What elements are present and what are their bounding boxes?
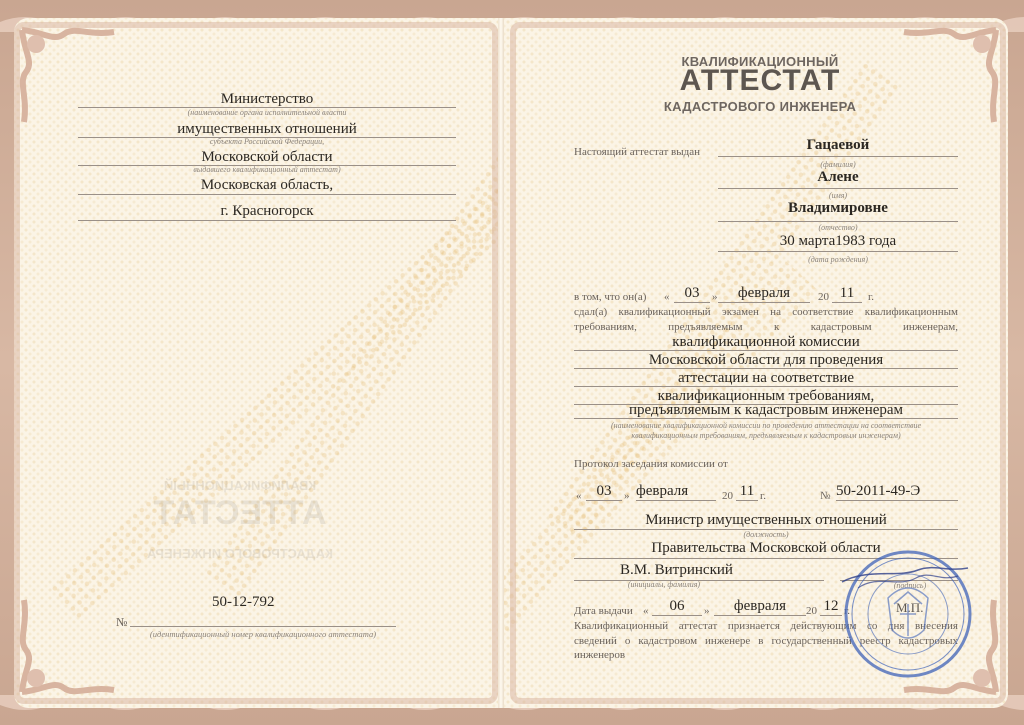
- exam-year-unit: г.: [868, 291, 874, 303]
- commission-caption-2: квалификационным требованиям, предъявляе…: [574, 431, 958, 440]
- name-value: Алене: [817, 169, 858, 185]
- title-line-3: КАДАСТРОВОГО ИНЖЕНЕРА: [600, 99, 920, 114]
- exam-month: февраля: [718, 285, 810, 303]
- number-caption: (идентификационный номер квалификационно…: [130, 629, 396, 639]
- issuer-value: Московской области: [201, 149, 332, 165]
- exam-year: 11: [832, 285, 862, 303]
- patronymic-field: Владимировне: [718, 199, 958, 222]
- surname-value: Гацаевой: [807, 137, 870, 153]
- issue-month: февраля: [714, 598, 806, 616]
- commission-value: квалификационной комиссии: [672, 334, 859, 350]
- exam-open-quote: «: [664, 291, 670, 303]
- certificate-number: 50-12-792: [212, 594, 275, 611]
- protocol-year: 11: [736, 483, 758, 501]
- issuer-line-2: имущественных отношений: [78, 120, 456, 138]
- signatory-name: В.М. Витринский: [620, 562, 733, 579]
- ghost-title-line-1: КВАЛИФИКАЦИОННЫЙ: [90, 478, 390, 493]
- protocol-year-prefix: 20: [722, 490, 733, 502]
- protocol-number: 50-2011-49-Э: [836, 483, 958, 501]
- number-sign: №: [116, 615, 127, 630]
- spine-fold: [498, 18, 504, 708]
- surname-field: Гацаевой: [718, 136, 958, 157]
- issuer-value: Московская область,: [201, 177, 333, 193]
- position-line-1: Министр имущественных отношений: [574, 511, 958, 530]
- issuer-line-3: Московской области: [78, 148, 456, 166]
- commission-value: аттестации на соответствие: [678, 370, 854, 386]
- signatory-name-caption: (инициалы, фамилия): [574, 580, 754, 589]
- protocol-number-sign: №: [820, 490, 831, 502]
- issuer-caption: выдавшего квалификационный аттестат): [78, 165, 456, 174]
- validity-line-3: инженеров: [574, 649, 625, 661]
- issued-to-label: Настоящий аттестат выдан: [574, 146, 700, 158]
- issue-open-quote: «: [643, 605, 649, 617]
- protocol-open-quote: «: [576, 490, 582, 502]
- commission-value: предъявляемым к кадастровым инженерам: [629, 402, 903, 418]
- issue-year-prefix: 20: [806, 605, 817, 617]
- issue-close-quote: »: [704, 605, 710, 617]
- birth-date-value: 30 марта1983 года: [780, 233, 896, 249]
- commission-line-5: предъявляемым к кадастровым инженерам: [574, 401, 958, 419]
- birth-date-field: 30 марта1983 года: [718, 232, 958, 252]
- protocol-year-unit: г.: [760, 490, 766, 502]
- position-caption: (должность): [574, 530, 958, 539]
- issuer-value: Министерство: [221, 91, 313, 107]
- commission-line-3: аттестации на соответствие: [574, 369, 958, 387]
- commission-line-2: Московской области для проведения: [574, 351, 958, 369]
- protocol-label: Протокол заседания комиссии от: [574, 458, 728, 470]
- patronymic-value: Владимировне: [788, 200, 888, 216]
- protocol-day: 03: [586, 483, 622, 501]
- issuer-line-4: Московская область,: [78, 176, 456, 195]
- birth-date-caption: (дата рождения): [718, 255, 958, 264]
- issuer-line-5: г. Красногорск: [78, 202, 456, 221]
- protocol-month: февраля: [636, 483, 716, 501]
- signatory-name-field: В.М. Витринский: [574, 562, 824, 581]
- issuer-caption: (наименование органа исполнительной влас…: [78, 108, 456, 117]
- ghost-title-line-2: АТТЕСТАТ: [90, 494, 390, 533]
- exam-year-prefix: 20: [818, 291, 829, 303]
- number-underline: [130, 626, 396, 627]
- issuer-value: имущественных отношений: [177, 121, 357, 137]
- certificate-spread: Министерство (наименование органа исполн…: [0, 0, 1024, 725]
- commission-value: Московской области для проведения: [649, 352, 883, 368]
- official-stamp-icon: [838, 548, 978, 680]
- position-value: Министр имущественных отношений: [645, 512, 887, 528]
- corner-ornament-icon: [14, 590, 124, 700]
- issue-day: 06: [652, 598, 702, 616]
- commission-line-1: квалификационной комиссии: [574, 333, 958, 351]
- title-line-2: АТТЕСТАТ: [600, 64, 920, 98]
- exam-text-line-1: сдал(а) квалификационный экзамен на соот…: [574, 305, 958, 320]
- commission-caption-1: (наименование квалификационной комиссии …: [574, 421, 958, 430]
- ghost-title-line-3: КАДАСТРОВОГО ИНЖЕНЕРА: [90, 546, 390, 561]
- issue-date-label: Дата выдачи: [574, 605, 633, 617]
- exam-day: 03: [674, 285, 710, 303]
- issuer-value: г. Красногорск: [220, 203, 313, 219]
- issuer-caption: субъекта Российской Федерации,: [78, 137, 456, 146]
- exam-close-quote: »: [712, 291, 718, 303]
- name-field: Алене: [718, 168, 958, 189]
- exam-prefix: в том, что он(а): [574, 291, 646, 303]
- protocol-close-quote: »: [624, 490, 630, 502]
- issuer-line-1: Министерство: [78, 90, 456, 108]
- patronymic-caption: (отчество): [718, 223, 958, 232]
